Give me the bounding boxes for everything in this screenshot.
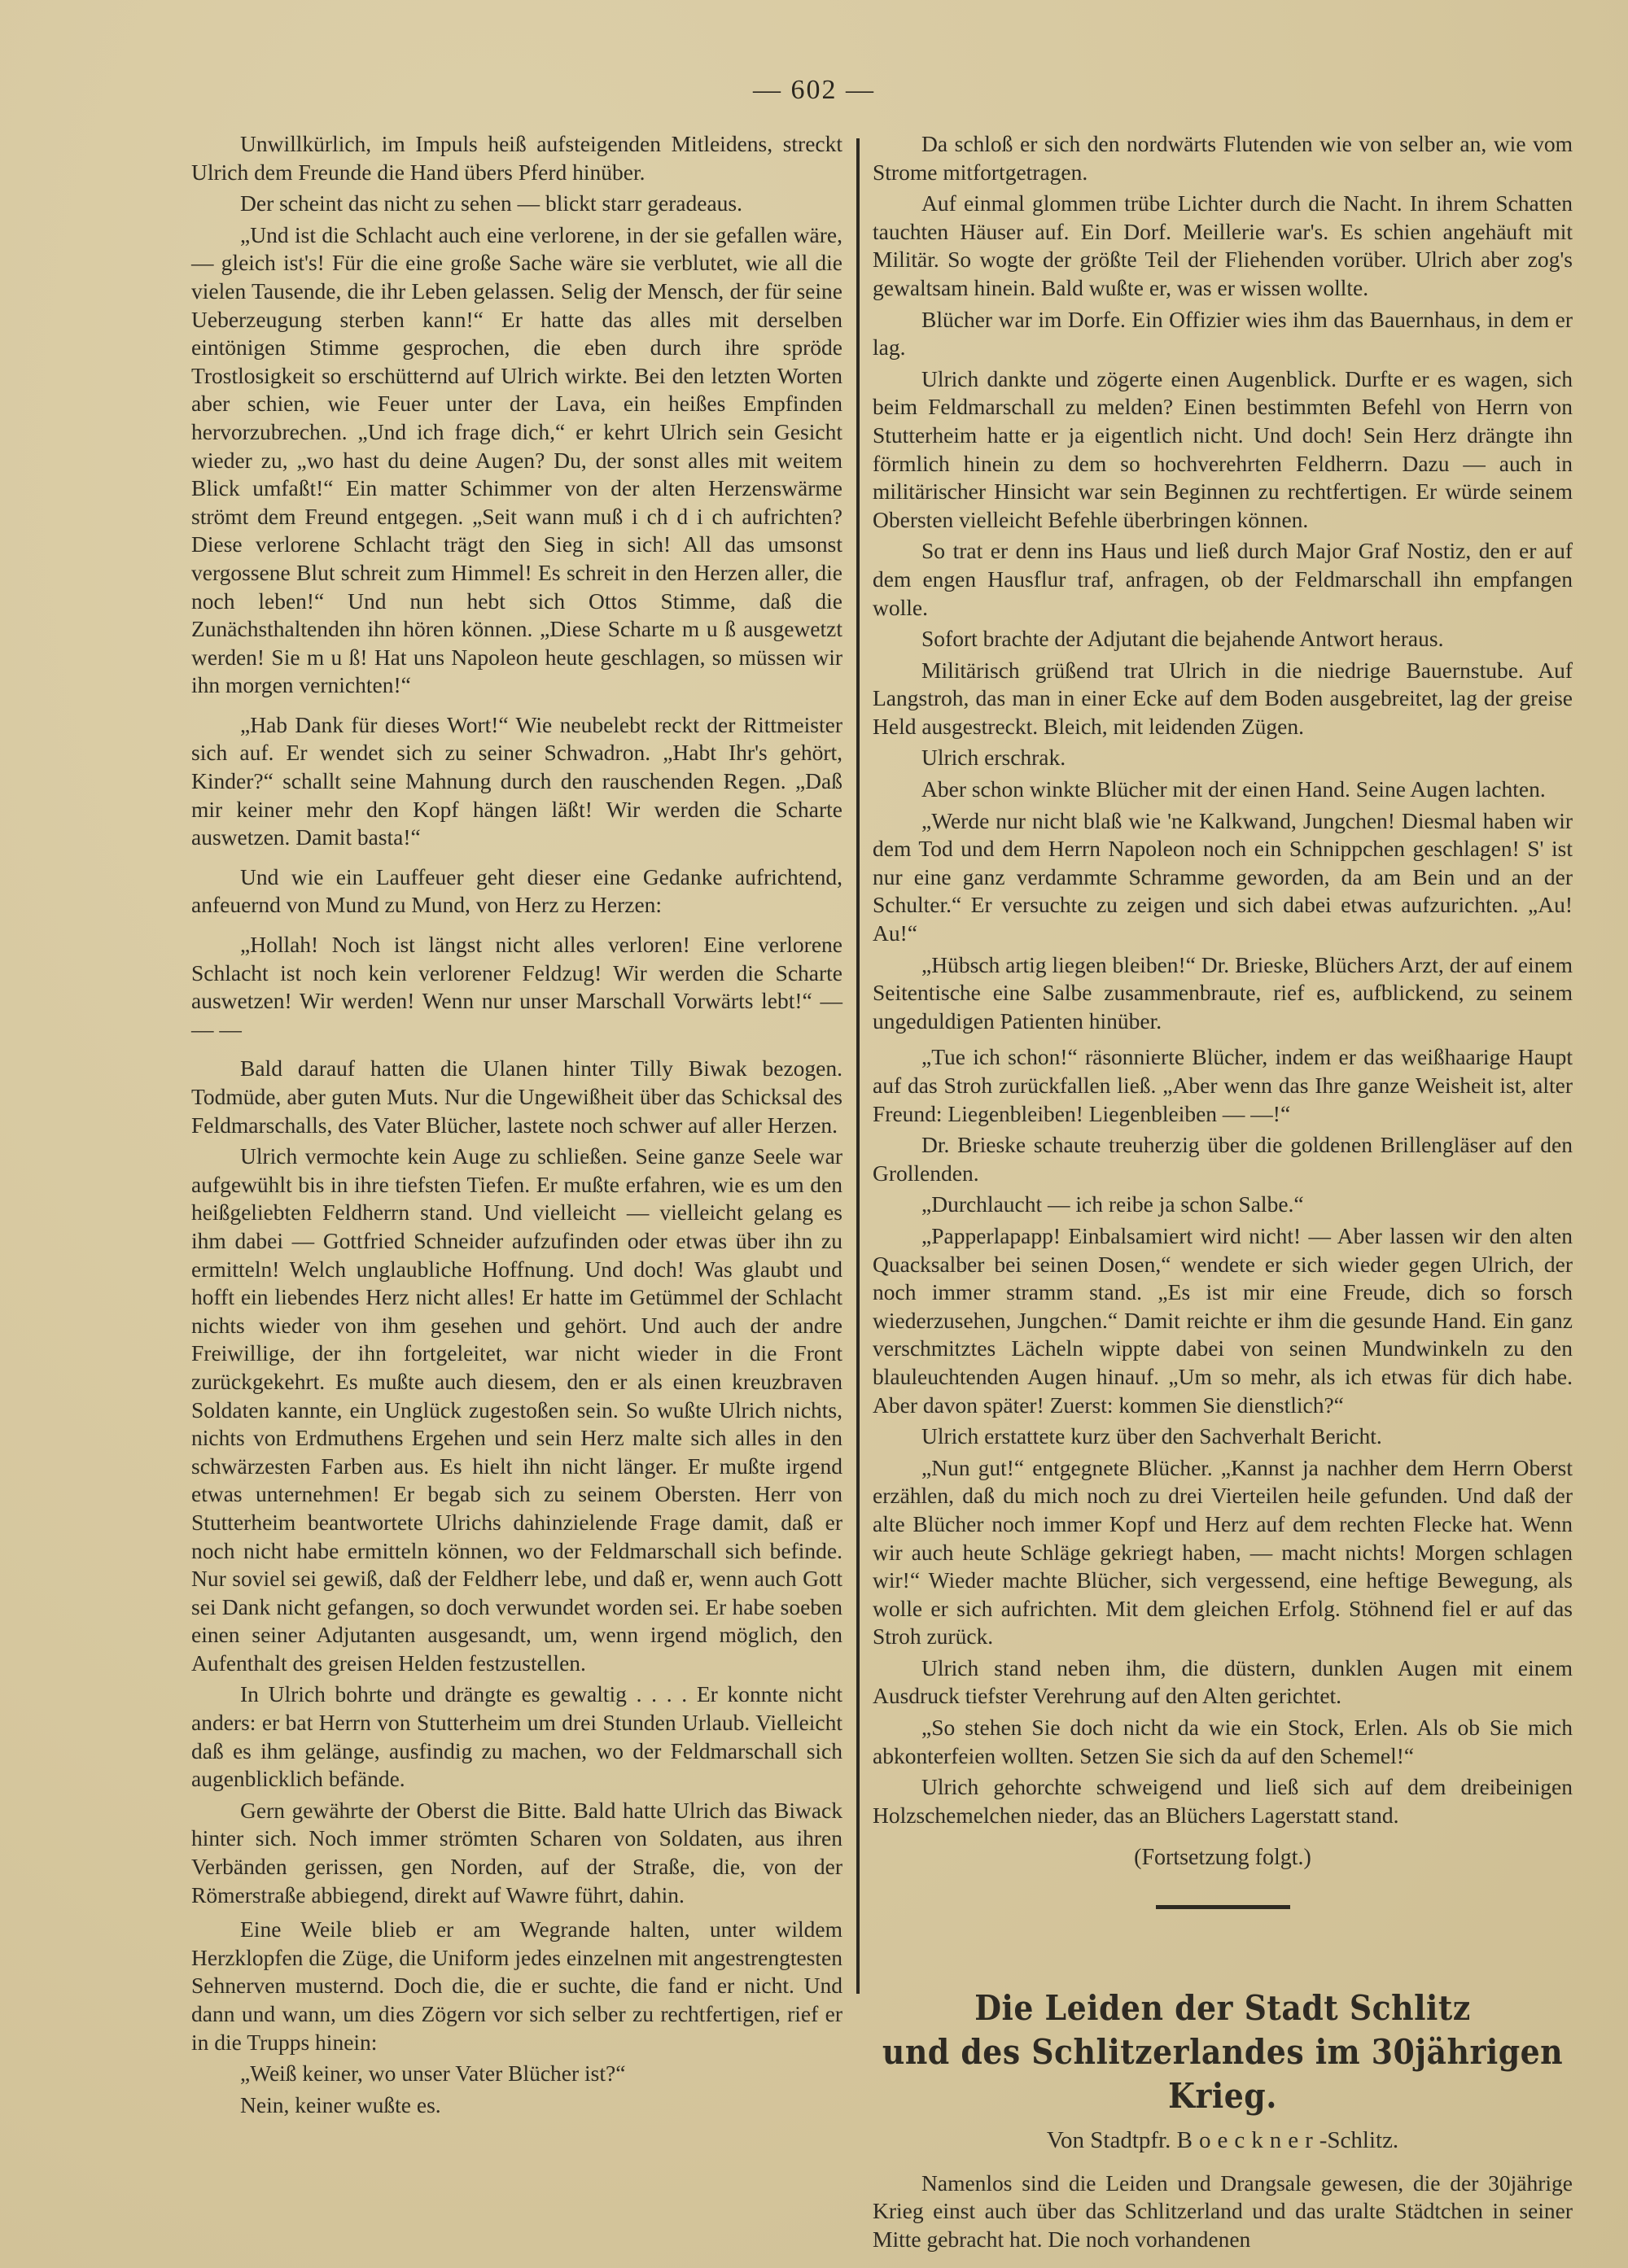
paragraph: „Hollah! Noch ist längst nicht alles ver…: [191, 931, 842, 1043]
paragraph: Bald darauf hatten die Ulanen hinter Til…: [191, 1055, 842, 1139]
paragraph: „Papperlapapp! Einbalsamiert wird nicht!…: [873, 1222, 1573, 1419]
paragraph: Und wie ein Lauffeuer geht dieser eine G…: [191, 863, 842, 920]
paragraph: Gern gewährte der Oberst die Bitte. Bald…: [191, 1797, 842, 1909]
paragraph: Ulrich gehorchte schweigend und ließ sic…: [873, 1773, 1573, 1829]
paragraph: „Weiß keiner, wo unser Vater Blücher ist…: [191, 2060, 842, 2088]
continuation-note: (Fortsetzung folgt.): [873, 1844, 1573, 1873]
paragraph: Ulrich erstattete kurz über den Sachverh…: [873, 1422, 1573, 1451]
article: Die Leiden der Stadt Schlitz und des Sch…: [873, 1986, 1573, 2253]
paragraph: Ulrich erschrak.: [873, 744, 1573, 772]
section-rule: [1156, 1905, 1290, 1909]
left-column: Unwillkürlich, im Impuls heiß aufsteigen…: [191, 130, 842, 2122]
paragraph: Aber schon winkte Blücher mit der einen …: [873, 776, 1573, 804]
article-title-line1: Die Leiden der Stadt Schlitz: [873, 1986, 1573, 2030]
paragraph: Blücher war im Dorfe. Ein Offizier wies …: [873, 306, 1573, 362]
paragraph: Dr. Brieske schaute treuherzig über die …: [873, 1131, 1573, 1187]
paragraph: „Werde nur nicht blaß wie 'ne Kalkwand, …: [873, 807, 1573, 948]
article-byline: Von Stadtpfr. Boeckner-Schlitz.: [873, 2126, 1573, 2155]
page-number: — 602 —: [0, 75, 1628, 106]
article-paragraph: Namenlos sind die Leiden und Drangsale g…: [873, 2170, 1573, 2254]
right-column: Da schloß er sich den nordwärts Flutende…: [873, 130, 1573, 2257]
paragraph: Sofort brachte der Adjutant die bejahend…: [873, 625, 1573, 653]
paragraph: Auf einmal glommen trübe Lichter durch d…: [873, 190, 1573, 302]
paragraph: „Durchlaucht — ich reibe ja schon Salbe.…: [873, 1191, 1573, 1219]
paragraph: Ulrich dankte und zögerte einen Augenbli…: [873, 365, 1573, 535]
paragraph: Da schloß er sich den nordwärts Flutende…: [873, 130, 1573, 186]
paragraph: So trat er denn ins Haus und ließ durch …: [873, 537, 1573, 622]
paragraph: Eine Weile blieb er am Wegrande halten, …: [191, 1916, 842, 2056]
paragraph: „Hübsch artig liegen bleiben!“ Dr. Bries…: [873, 951, 1573, 1036]
paragraph: Ulrich stand neben ihm, die düstern, dun…: [873, 1654, 1573, 1711]
byline-author: Boeckner: [1177, 2127, 1319, 2153]
column-divider: [856, 138, 860, 1994]
article-title-line2: und des Schlitzerlandes im 30jährigen Kr…: [873, 2030, 1573, 2118]
paragraph: Der scheint das nicht zu sehen — blickt …: [191, 190, 842, 218]
paragraph: In Ulrich bohrte und drängte es gewaltig…: [191, 1680, 842, 1793]
byline-suffix: -Schlitz.: [1319, 2127, 1398, 2153]
paragraph: „Tue ich schon!“ räsonnierte Blücher, in…: [873, 1043, 1573, 1128]
paragraph: Ulrich vermochte kein Auge zu schließen.…: [191, 1143, 842, 1677]
paragraph: „Und ist die Schlacht auch eine verloren…: [191, 221, 842, 700]
paragraph: Militärisch grüßend trat Ulrich in die n…: [873, 657, 1573, 741]
paragraph: Nein, keiner wußte es.: [191, 2091, 842, 2120]
paragraph: „Hab Dank für dieses Wort!“ Wie neubeleb…: [191, 711, 842, 852]
paragraph: „Nun gut!“ entgegnete Blücher. „Kannst j…: [873, 1454, 1573, 1651]
paragraph: „So stehen Sie doch nicht da wie ein Sto…: [873, 1714, 1573, 1770]
byline-prefix: Von Stadtpfr.: [1047, 2127, 1171, 2153]
paragraph: Unwillkürlich, im Impuls heiß aufsteigen…: [191, 130, 842, 186]
